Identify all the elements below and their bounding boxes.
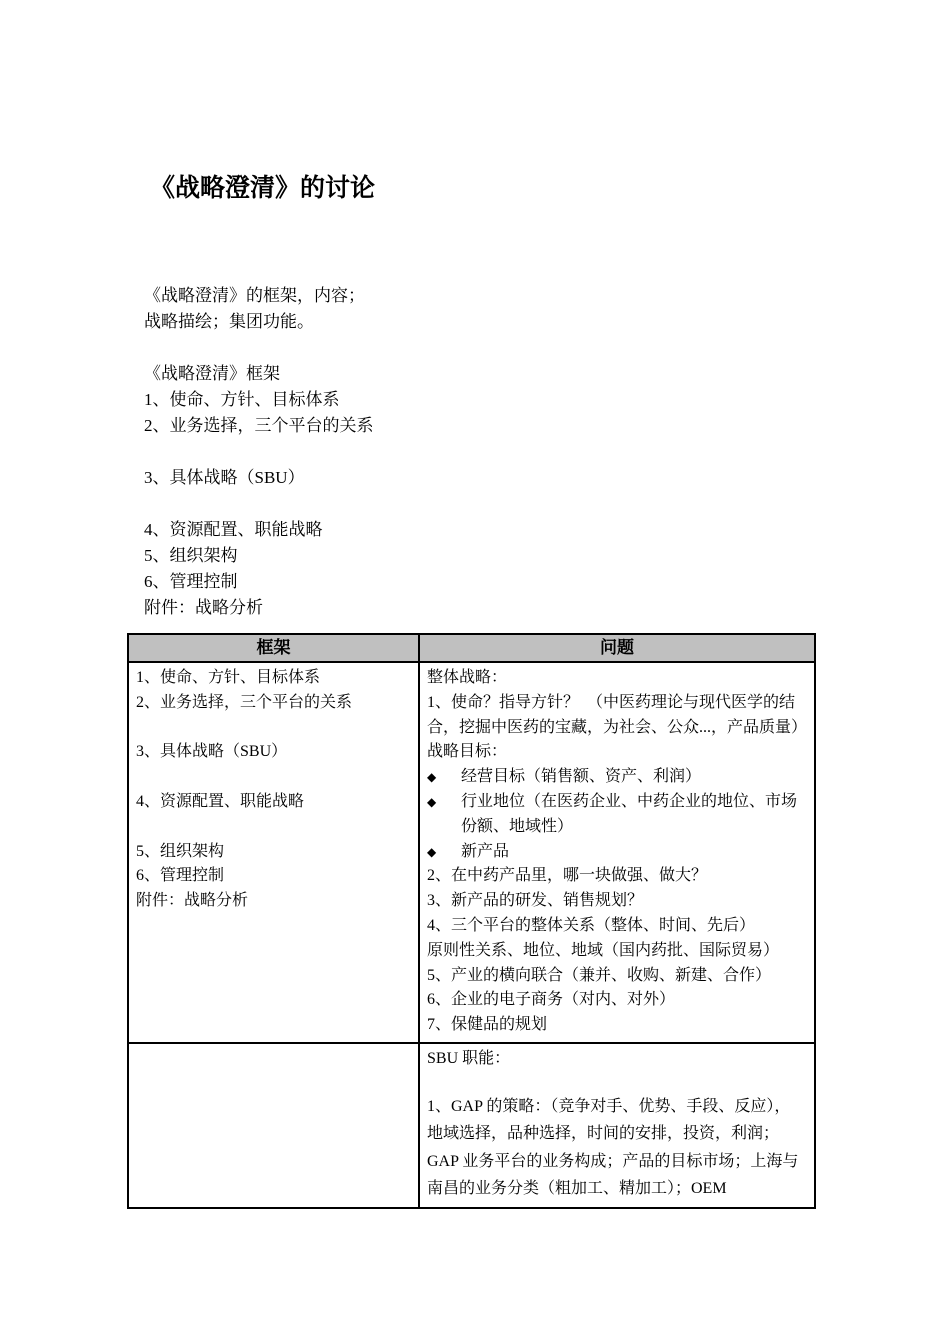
- intro-paragraph: 《战略澄清》的框架，内容； 战略描绘；集团功能。: [144, 283, 950, 335]
- framework-list-item: 3、具体战略（SBU）: [144, 465, 950, 491]
- question-item: 6、企业的电子商务（对内、对外）: [427, 988, 806, 1013]
- question-item: 原则性关系、地位、地域（国内药批、国际贸易）: [427, 939, 806, 964]
- section-label: SBU 职能：: [427, 1047, 806, 1072]
- question-item: 3、新产品的研发、销售规划？: [427, 889, 806, 914]
- document-page: 《战略澄清》的讨论 《战略澄清》的框架，内容； 战略描绘；集团功能。 《战略澄清…: [0, 0, 950, 1344]
- sbu-body-text: 1、GAP 的策略：（竞争对手、优势、手段、反应），地域选择，品种选择，时间的安…: [427, 1093, 806, 1203]
- section-label: 整体战略：: [427, 666, 806, 691]
- intro-line: 战略描绘；集团功能。: [144, 309, 950, 335]
- framework-cell: 1、使命、方针、目标体系 2、业务选择，三个平台的关系 3、具体战略（SBU） …: [128, 662, 419, 1043]
- framework-list-item: 1、使命、方针、目标体系: [144, 387, 950, 413]
- question-item: 4、三个平台的整体关系（整体、时间、先后）: [427, 914, 806, 939]
- table-line: 2、业务选择，三个平台的关系: [136, 691, 410, 716]
- framework-list-item: 4、资源配置、职能战略: [144, 517, 950, 543]
- framework-list-item: 2、业务选择，三个平台的关系: [144, 413, 950, 439]
- diamond-bullet-icon: ◆: [427, 790, 461, 840]
- framework-list-item: 6、管理控制: [144, 569, 950, 595]
- question-item: 1、使命？指导方针？ （中医药理论与现代医学的结合，挖掘中医药的宝藏，为社会、公…: [427, 691, 806, 741]
- question-item: 5、产业的横向联合（兼并、收购、新建、合作）: [427, 964, 806, 989]
- goal-bullet-text: 经营目标（销售额、资产、利润）: [461, 765, 806, 790]
- framework-list-item: 5、组织架构: [144, 543, 950, 569]
- intro-line: 《战略澄清》的框架，内容；: [144, 283, 950, 309]
- table-line: 6、管理控制: [136, 864, 410, 889]
- strategy-table: 框架 问题 1、使命、方针、目标体系 2、业务选择，三个平台的关系 3、具体战略…: [127, 633, 816, 1209]
- goal-bullet-item: ◆ 经营目标（销售额、资产、利润）: [427, 765, 806, 790]
- framework-section: 《战略澄清》框架 1、使命、方针、目标体系 2、业务选择，三个平台的关系 3、具…: [144, 361, 950, 621]
- table-header-framework: 框架: [128, 634, 419, 662]
- empty-cell: [128, 1043, 419, 1208]
- framework-heading: 《战略澄清》框架: [144, 361, 950, 387]
- document-title: 《战略澄清》的讨论: [150, 172, 950, 206]
- questions-cell: 整体战略： 1、使命？指导方针？ （中医药理论与现代医学的结合，挖掘中医药的宝藏…: [419, 662, 815, 1043]
- table-row: 1、使命、方针、目标体系 2、业务选择，三个平台的关系 3、具体战略（SBU） …: [128, 662, 815, 1043]
- goal-bullet-text: 新产品: [461, 840, 806, 865]
- diamond-bullet-icon: ◆: [427, 765, 461, 790]
- question-item: 2、在中药产品里，哪一块做强、做大？: [427, 864, 806, 889]
- sbu-cell: SBU 职能： 1、GAP 的策略：（竞争对手、优势、手段、反应），地域选择，品…: [419, 1043, 815, 1208]
- question-item: 7、保健品的规划: [427, 1013, 806, 1038]
- framework-list-item: 附件：战略分析: [144, 595, 950, 621]
- table-header-row: 框架 问题: [128, 634, 815, 662]
- goals-label: 战略目标：: [427, 740, 806, 765]
- table-line: 5、组织架构: [136, 840, 410, 865]
- goal-bullet-text: 行业地位（在医药企业、中药企业的地位、市场份额、地域性）: [461, 790, 806, 840]
- table-line: 4、资源配置、职能战略: [136, 790, 410, 815]
- table-line: 1、使命、方针、目标体系: [136, 666, 410, 691]
- goal-bullet-item: ◆ 新产品: [427, 840, 806, 865]
- table-row: SBU 职能： 1、GAP 的策略：（竞争对手、优势、手段、反应），地域选择，品…: [128, 1043, 815, 1208]
- table-line: 附件：战略分析: [136, 889, 410, 914]
- diamond-bullet-icon: ◆: [427, 840, 461, 865]
- table-header-questions: 问题: [419, 634, 815, 662]
- table-line: 3、具体战略（SBU）: [136, 740, 410, 765]
- goal-bullet-item: ◆ 行业地位（在医药企业、中药企业的地位、市场份额、地域性）: [427, 790, 806, 840]
